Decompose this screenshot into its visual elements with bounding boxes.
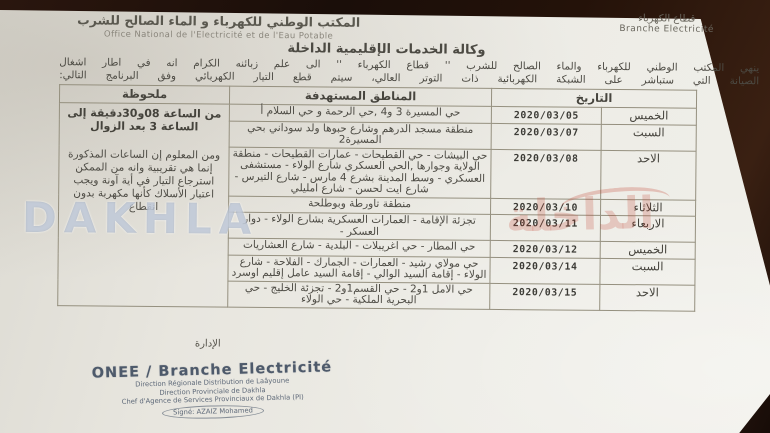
- org-name-arabic: المكتب الوطني للكهرباء و الماء الصالح لل…: [64, 12, 374, 30]
- org-header-left: المكتب الوطني للكهرباء و الماء الصالح لل…: [64, 12, 374, 42]
- administration-label: الإدارة: [195, 338, 221, 349]
- day-cell: الخميس: [600, 241, 695, 258]
- areas-cell: حي مولاي رشيد - العمارات - الجمارك - الف…: [228, 255, 490, 283]
- day-cell: الاحد: [601, 150, 696, 200]
- date-cell: 2020/03/05: [491, 106, 601, 123]
- org-header-right: قطاع الكهرباء Branche Electricité: [582, 13, 752, 35]
- note-paragraph-2: ومن المعلوم إن الساعات المذكورة إنما هي …: [64, 148, 224, 214]
- sector-name-french: Branche Electricité: [582, 24, 752, 35]
- document-content: المكتب الوطني للكهرباء و الماء الصالح لل…: [0, 0, 770, 433]
- date-cell: 2020/03/10: [491, 198, 601, 215]
- date-cell: 2020/03/08: [491, 149, 601, 199]
- day-cell: السبت: [600, 258, 695, 285]
- intro-paragraph: ينهي المكتب الوطني للكهرباء والماء الصال…: [59, 56, 759, 88]
- onee-stamp: ONEE / Branche Electricité Direction Rég…: [82, 359, 343, 422]
- date-cell: 2020/03/14: [490, 257, 600, 284]
- header-note: ملحوظة: [59, 85, 229, 104]
- areas-cell: منطقة مسجد الدرهم وشارع حبوها ولد سوداني…: [229, 121, 491, 149]
- note-paragraph-1: من الساعة 08و30دقيقة إلى الساعة 3 بعد ال…: [65, 106, 224, 133]
- header-areas: المناطق المستهدفة: [229, 86, 491, 106]
- date-cell: 2020/03/15: [490, 283, 600, 310]
- day-cell: الاربعاء: [600, 215, 695, 242]
- day-cell: الثلاثاء: [601, 199, 696, 216]
- date-cell: 2020/03/12: [490, 240, 600, 257]
- day-cell: الاحد: [600, 284, 695, 311]
- note-cell: من الساعة 08و30دقيقة إلى الساعة 3 بعد ال…: [58, 103, 230, 307]
- header-date: التاريخ: [491, 88, 696, 108]
- areas-cell: حي البيشات - حي القطيحات - عمارات القطيح…: [229, 147, 491, 198]
- areas-cell: تجزئة الإقامة - العمارات العسكرية بشارع …: [228, 212, 490, 240]
- date-cell: 2020/03/11: [490, 214, 600, 241]
- date-cell: 2020/03/07: [491, 123, 601, 150]
- photo-background: المكتب الوطني للكهرباء و الماء الصالح لل…: [0, 0, 770, 433]
- day-cell: الخميس: [601, 107, 696, 124]
- areas-cell: حي الامل 1و2 - حي القسم1و2 - تجزئة الخلي…: [228, 281, 490, 309]
- outage-schedule-table: التاريخ المناطق المستهدفة ملحوظة الخميس …: [57, 84, 696, 311]
- stamp-signature: Signé: AZAIZ Mohamed: [162, 404, 264, 420]
- day-cell: السبت: [601, 124, 696, 151]
